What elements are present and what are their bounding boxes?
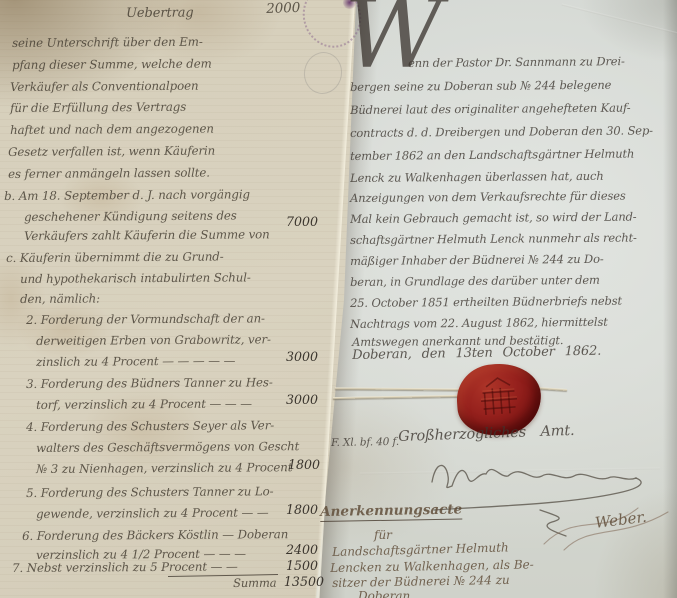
list-item-line: zinslich zu 4 Procent — — — — — <box>36 354 235 369</box>
list-item-line: torf, verzinslich zu 4 Procent — — — <box>36 396 252 412</box>
carryover-amount: 2000 <box>266 0 301 17</box>
amount-value: 2400 <box>272 542 318 557</box>
amount-value: 1500 <box>272 558 318 573</box>
body-line: mäßiger Inhaber der Büdnerei № 244 zu Do… <box>350 252 604 268</box>
amount-value: 3000 <box>272 392 318 407</box>
list-item-line: 7. Nebst verzinslich zu 5 Procent — — <box>12 559 238 575</box>
body-line: Lenck zu Walkenhagen überlassen hat, auc… <box>350 169 604 185</box>
list-item-line: walters des Geschäftsvermögens von Gesch… <box>36 439 299 455</box>
amount-value: 3000 <box>272 349 318 364</box>
summa-amount: 13500 <box>274 574 324 589</box>
item-b-line: geschehener Kündigung seitens des <box>24 209 237 224</box>
paragraph-line: Gesetz verfallen ist, wenn Käuferin <box>8 144 215 159</box>
list-item-line: 6. Forderung des Bäckers Köstlin — Dober… <box>22 527 288 543</box>
list-item-line: № 3 zu Nienhagen, verzinslich zu 4 Proce… <box>36 460 292 476</box>
item-c-line: c. Käuferin übernimmt die zu Grund- <box>6 249 224 265</box>
amount-value: 1800 <box>272 502 318 517</box>
body-line: beran, in Grundlage des darüber unter de… <box>350 273 600 289</box>
body-line: tember 1862 an den Landschaftsgärtner He… <box>350 147 634 163</box>
paragraph-line: haftet und nach dem angezogenen <box>10 122 214 137</box>
paragraph-line: seine Unterschrift über den Em- <box>12 35 203 50</box>
body-line: Nachtrags vom 22. August 1862, hiermitte… <box>350 315 608 331</box>
document-photo: Uebertrag 2000 seine Unterschrift über d… <box>0 0 677 598</box>
list-item-line: derweitigen Erben von Grabowritz, ver- <box>36 332 271 348</box>
paragraph-line: Verkäufer als Conventionalpoen <box>10 79 198 94</box>
item-c-line: den, nämlich: <box>20 291 100 306</box>
paragraph-line: es ferner anmängeln lassen sollte. <box>8 166 210 181</box>
item-c-line: und hypothekarisch intabulirten Schul- <box>20 270 251 286</box>
summa-label: Summa <box>233 576 277 590</box>
body-line: bergen seine zu Doberan sub № 244 belege… <box>350 78 611 94</box>
body-line: Mal kein Gebrauch gemacht ist, so wird d… <box>350 210 637 226</box>
item-b-line: Verkäufers zahlt Käuferin die Summe von <box>24 227 270 243</box>
amount-value: 7000 <box>272 214 318 229</box>
list-item-line: 2. Forderung der Vormundschaft der an- <box>26 311 265 327</box>
cover-title: Anerkennungsacte <box>320 502 462 522</box>
body-line: schaftsgärtner Helmuth Lenck nunmehr als… <box>350 230 637 247</box>
cover-for-label: für <box>374 528 392 542</box>
list-item-line: gewende, verzinslich zu 4 Procent — — <box>36 505 269 521</box>
body-line: Anzeigungen von dem Verkaufsrechte für d… <box>350 189 626 205</box>
list-item-line: 3. Forderung des Büdners Tanner zu Hes- <box>26 375 273 391</box>
body-line: enn der Pastor Dr. Sannmann zu Drei- <box>408 54 625 70</box>
cover-line: Doberan <box>358 589 410 598</box>
paragraph-line: für die Erfüllung des Vertrags <box>10 100 186 115</box>
amount-value: 1800 <box>274 457 320 472</box>
list-item-line: 5. Forderung des Schusters Tanner zu Lo- <box>26 484 274 500</box>
body-line: 25. October 1851 ertheilten Büdnerbriefs… <box>350 294 622 310</box>
body-line: contracts d. d. Dreibergen und Doberan d… <box>350 123 653 140</box>
body-line: Büdnerei laut des originaliter angehefte… <box>350 101 631 117</box>
seal-crest-icon <box>471 372 526 426</box>
paragraph-line: pfang dieser Summe, welche dem <box>12 57 212 72</box>
left-header-label: Uebertrag <box>126 6 194 21</box>
registry-note: F. Xl. bf. 40 f. <box>331 436 399 449</box>
item-b-line: b. Am 18. September d. J. nach vorgängig <box>4 187 250 203</box>
list-item-line: 4. Forderung des Schusters Seyer als Ver… <box>26 418 274 434</box>
